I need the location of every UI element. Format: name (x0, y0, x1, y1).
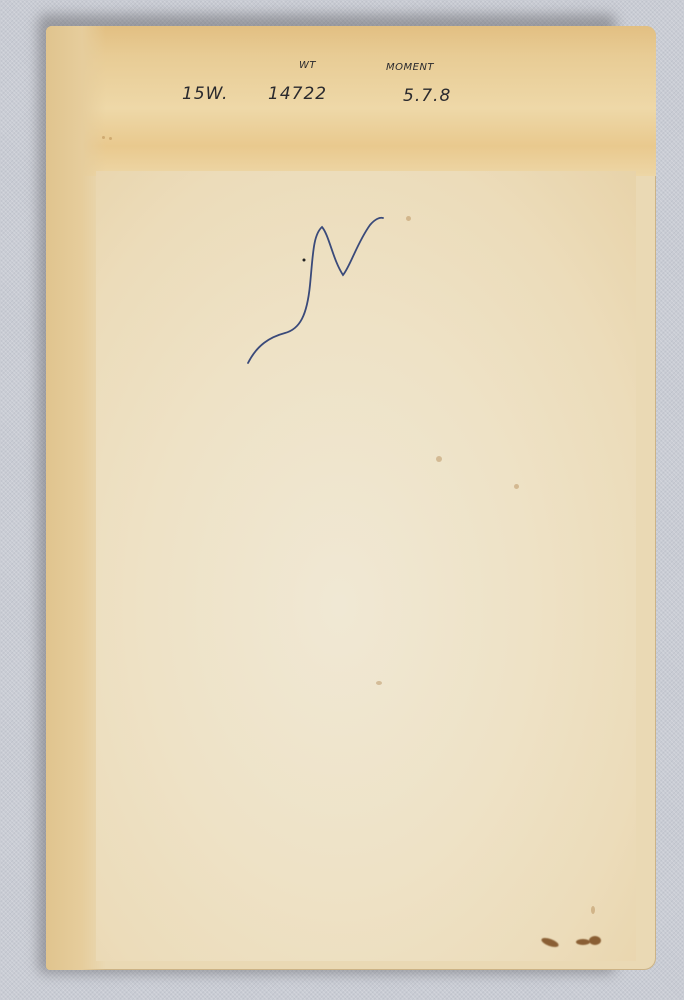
foxing-spot (514, 484, 519, 489)
handwritten-n-mark-icon (245, 205, 385, 375)
booklet-back-cover: WT MOMENT 15W. 14722 5.7.8 (46, 26, 656, 970)
ink-stain (576, 939, 590, 945)
foxing-spot (109, 137, 112, 140)
handwritten-moment-value: 5.7.8 (403, 86, 451, 106)
foxing-spot (436, 456, 442, 462)
handwritten-weight-value: 14722 (268, 84, 327, 104)
handwritten-label-moment: MOMENT (386, 62, 434, 73)
foxing-spot (406, 216, 411, 221)
ink-stain (589, 936, 601, 945)
foxing-spot (376, 681, 382, 685)
top-toning-band (46, 26, 656, 176)
foxing-spot (102, 136, 105, 139)
handwritten-code: 15W. (182, 84, 228, 104)
handwritten-label-wt: WT (299, 60, 316, 71)
foxing-spot (591, 906, 595, 914)
